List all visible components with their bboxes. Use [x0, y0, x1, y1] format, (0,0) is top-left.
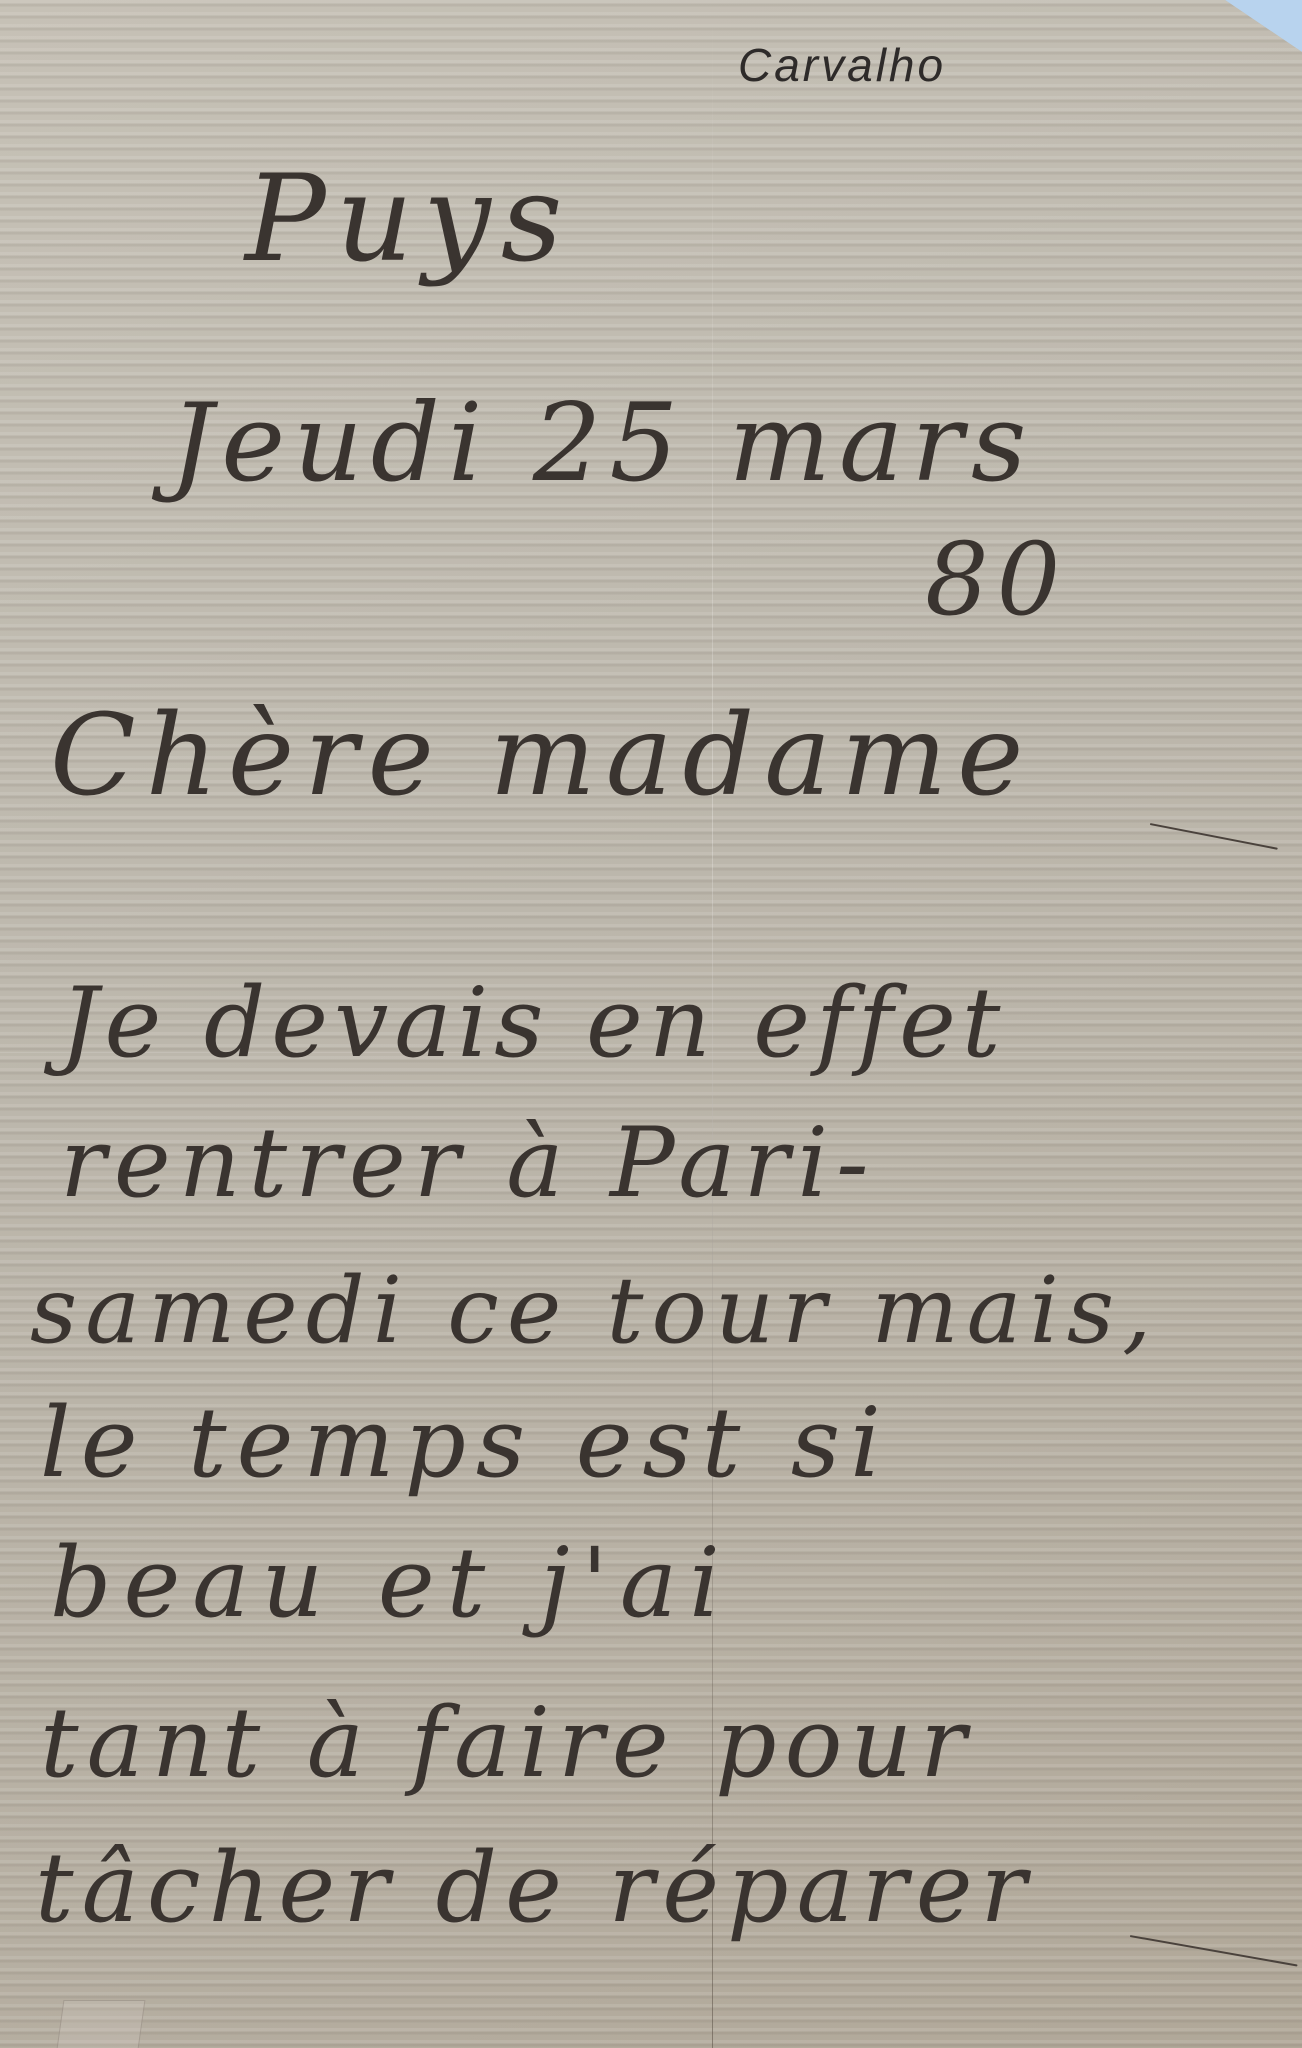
pencil-annotation: Carvalho	[738, 42, 946, 88]
year: 80	[925, 530, 1068, 630]
place-heading: Puys	[245, 160, 572, 280]
body-line-6: tant à faire pour	[40, 1695, 974, 1791]
body-line-7: tâcher de réparer	[35, 1840, 1034, 1936]
tape-remnant	[57, 2000, 146, 2048]
date-line: Jeudi 25 mars	[170, 390, 1034, 498]
body-line-5: beau et j'ai	[50, 1535, 732, 1631]
salutation: Chère madame	[50, 700, 1033, 812]
body-line-1: Je devais en effet	[60, 975, 1006, 1071]
body-line-3: samedi ce tour mais,	[30, 1265, 1159, 1357]
body-line-4: le temps est si	[40, 1395, 891, 1491]
body-line-2: rentrer à Pari-	[60, 1115, 877, 1211]
